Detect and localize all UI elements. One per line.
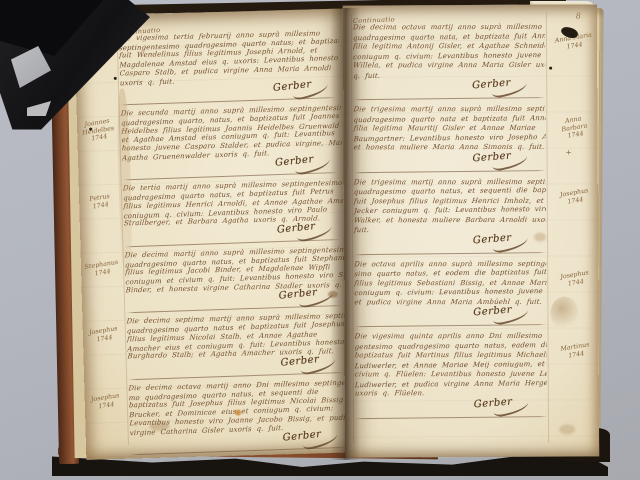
right-page: Continuatio 8 + Anna Maria1744Die decima… [343,4,599,457]
priest-signature: Gerber [280,355,320,372]
entry-separator [354,324,546,327]
register-entry: Anna Maria1744Die decima octava martij a… [353,23,545,94]
register-entry: Josephus1744Die octava aprilis anno supr… [354,259,546,321]
cross-mark: + [566,148,572,156]
register-entry: Petrus1744Die tertia martij anno suprà m… [123,179,344,242]
stain [559,424,575,434]
priest-signature: Gerber [473,233,513,249]
priest-signature: Gerber [474,397,514,413]
priest-signature: Gerber [472,151,512,167]
entry-separator [354,170,546,173]
priest-signature: Gerber [277,222,317,239]
register-entry: Stephanus1744Die decima martij anno supr… [125,245,346,308]
priest-signature: Gerber [279,288,319,305]
margin-name: Anna Barbara1744 [552,113,597,142]
margin-name: Josephus1744 [553,186,597,208]
entry-line: et pudica virgine Anna Maria Ambüehl q. … [354,297,547,307]
register-entry: Anna Barbara1744Die trigesima martij ann… [353,105,545,167]
entry-line: q. fuit. [353,70,546,82]
priest-signature: Gerber [472,78,512,94]
register-entry: Josephus1744Die decima septima martij an… [126,312,347,375]
priest-signature: Gerber [473,305,513,321]
entry-separator [355,416,547,419]
margin-name: Stephanus1744 [80,258,124,279]
priest-signature: Gerber [283,430,323,447]
stain [550,296,578,330]
entry-line: et honesta muliere Maria Anna Simonis q.… [353,143,546,153]
margin-name: Petrus1744 [78,192,122,213]
register-entry: Josephus1744Die trigesima martij anno su… [354,177,546,248]
margin-name: Josephus1744 [553,268,597,290]
register-entry: Martinus1744Die vigesima quinta aprilis … [355,332,547,413]
priest-signature: Gerber [275,155,315,172]
page-number: 8 [576,11,581,20]
entry-line: uxoris q. Flüelen. [354,389,547,399]
entry-separator [353,97,545,100]
black-bookmark-straps [0,0,170,150]
stain [534,233,546,242]
priest-signature: Gerber [273,80,313,97]
margin-name: Josephus1744 [82,325,126,346]
spine-shadow [330,8,360,460]
photograph-of-register-book: Continuatio Wendelinus1744Die vigesima t… [0,0,640,480]
margin-name: Martinus1744 [554,340,598,362]
entry-separator [354,252,546,255]
ink-dot [549,67,552,70]
margin-name: Josephus1744 [84,391,128,412]
